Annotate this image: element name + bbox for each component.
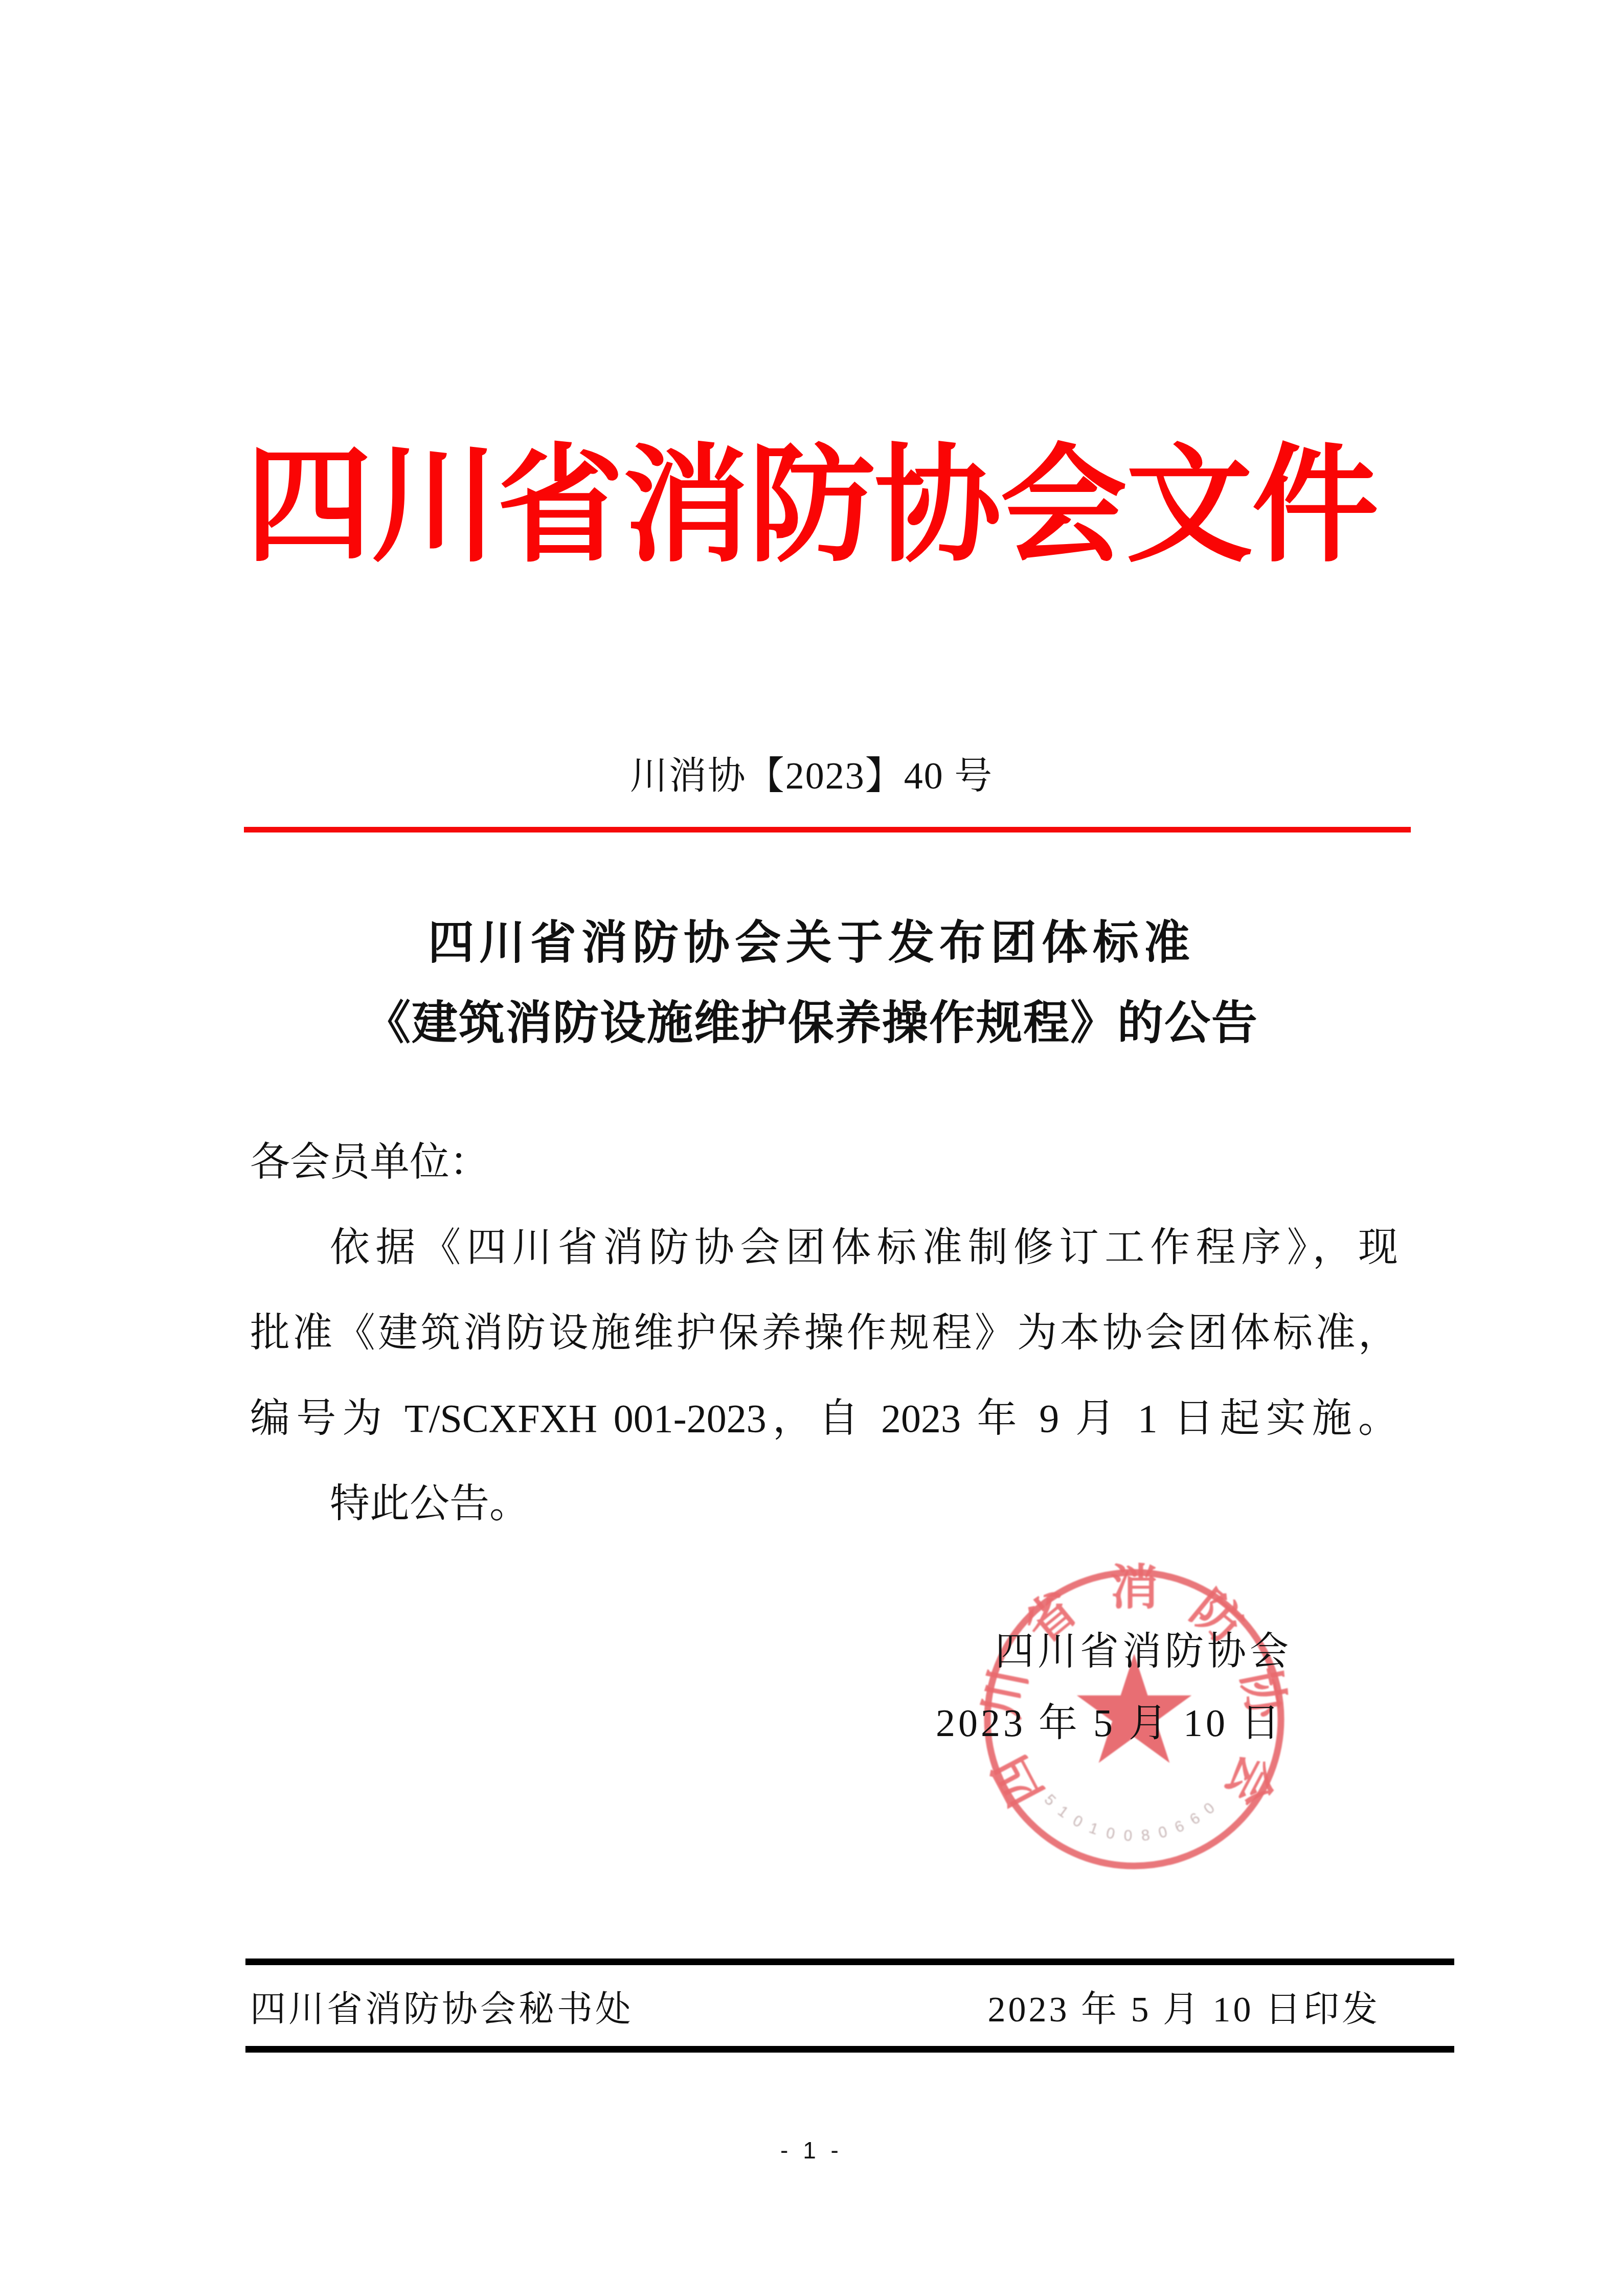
- body-text-block: 各会员单位： 依据《四川省消防协会团体标准制修订工作程序》，现 批准《建筑消防设…: [250, 1119, 1398, 1546]
- body-line-1: 依据《四川省消防协会团体标准制修订工作程序》，现: [250, 1205, 1398, 1290]
- footer-row: 四川省消防协会秘书处 2023 年 5 月 10 日印发: [250, 1992, 1380, 2028]
- document-number: 川消协【2023】40 号: [0, 756, 1623, 797]
- footer-print-date: 2023 年 5 月 10 日印发: [988, 1992, 1381, 2028]
- red-separator-rule: [244, 827, 1411, 832]
- seal-code-text: 51010080660: [1041, 1791, 1221, 1844]
- footer-rule-bottom: [245, 2046, 1454, 2053]
- signature-organization: 四川省消防协会: [995, 1632, 1292, 1671]
- notice-title-line2: 《建筑消防设施维护保养操作规程》的公告: [0, 997, 1623, 1050]
- page-number: - 1 -: [0, 2136, 1623, 2164]
- signature-date: 2023 年 5 月 10 日: [936, 1704, 1283, 1743]
- body-line-2: 批准《建筑消防设施维护保养操作规程》为本协会团体标准，: [250, 1290, 1398, 1376]
- notice-title-line1: 四川省消防协会关于发布团体标准: [0, 917, 1623, 970]
- footer-rule-top: [245, 1959, 1454, 1965]
- body-line-3: 编号为 T/SCXFXH 001-2023，自 2023 年 9 月 1 日起实…: [250, 1376, 1398, 1461]
- closing-line: 特此公告。: [250, 1461, 1398, 1546]
- salutation: 各会员单位：: [250, 1119, 1398, 1205]
- letterhead-title: 四川省消防协会文件: [0, 441, 1623, 573]
- document-page: 四川省消防协会文件 川消协【2023】40 号 四川省消防协会关于发布团体标准 …: [0, 0, 1623, 2296]
- footer-issuer: 四川省消防协会秘书处: [250, 1992, 634, 2028]
